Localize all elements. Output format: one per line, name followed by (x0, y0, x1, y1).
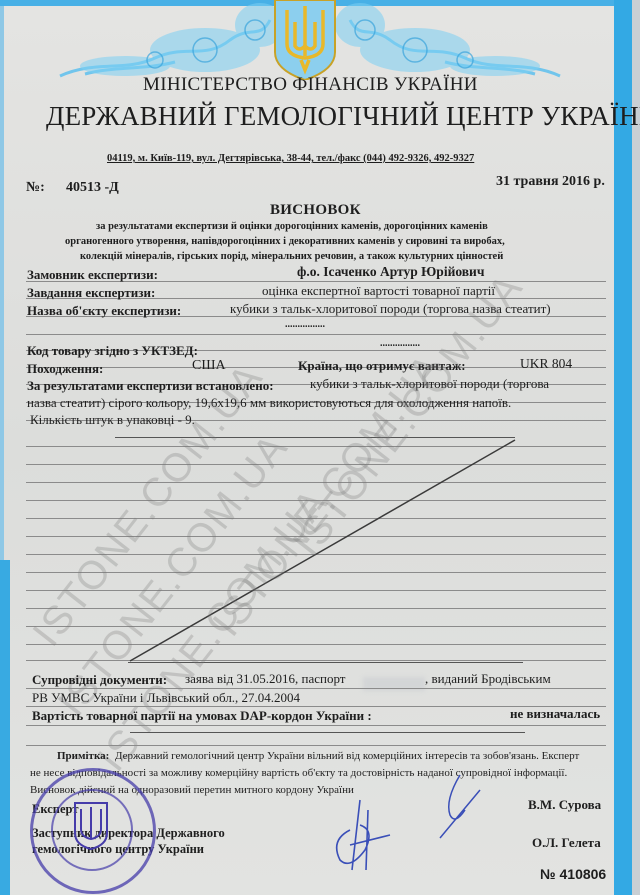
docs-value-1b: , виданий Бродівським (425, 671, 551, 687)
note-label: Примітка: (57, 750, 109, 762)
docs-value-2: РВ УМВС України і Львівський обл., 27.04… (32, 690, 300, 706)
expert-name: В.М. Сурова (528, 797, 601, 813)
rule-line (26, 688, 606, 689)
rule-line (130, 732, 525, 733)
docs-value-1: заява від 31.05.2016, паспорт (185, 671, 345, 687)
cost-label: Вартість товарної партії на умовах DAP-к… (32, 708, 372, 724)
serial-number: № 410806 (540, 866, 606, 882)
expert-signature (420, 770, 530, 840)
rule-line (26, 725, 606, 726)
cost-value: не визначалась (510, 706, 600, 722)
docs-label: Супровідні документи: (32, 672, 167, 688)
official-stamp (30, 768, 156, 894)
rule-line (26, 745, 606, 746)
note-line-1: Державний гемологічний центр України віл… (115, 750, 579, 762)
stamp-trident-icon (73, 801, 109, 851)
deputy-name: О.Л. Гелета (532, 835, 601, 851)
